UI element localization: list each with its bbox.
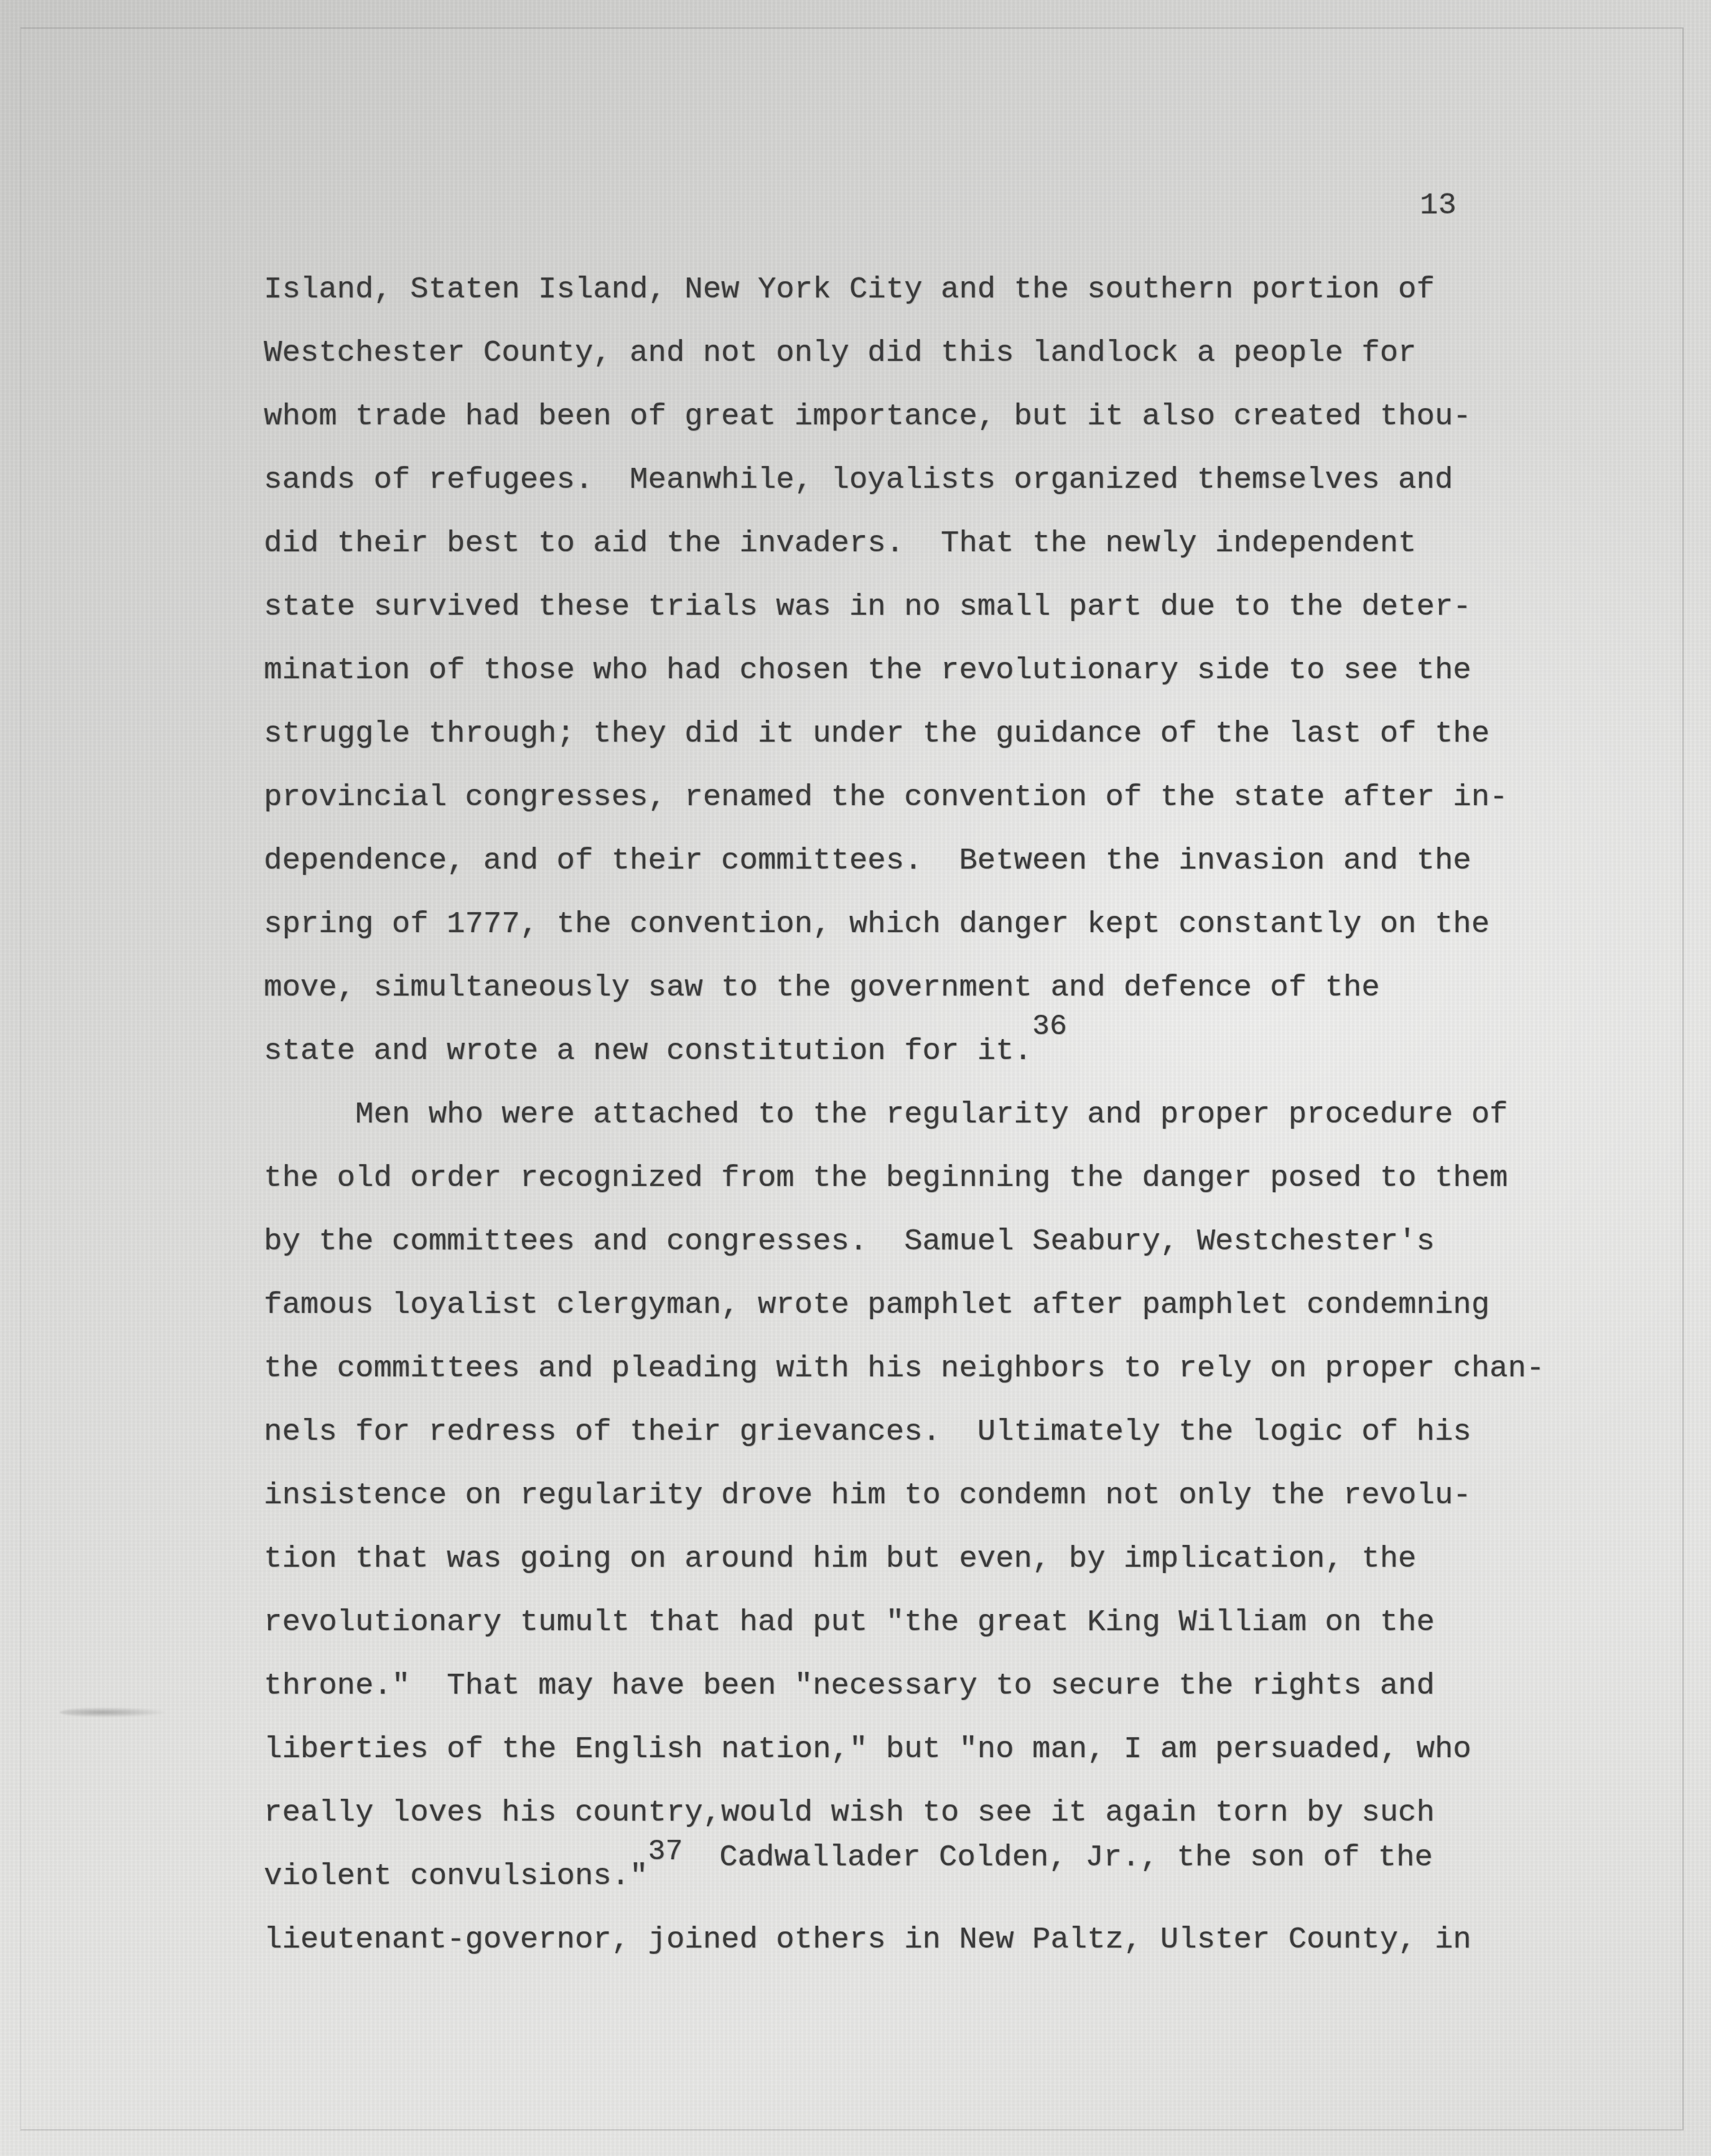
text-segment: struggle through; they did it under the …: [264, 716, 1490, 751]
text-segment: dependence, and of their committees. Bet…: [264, 843, 1471, 878]
text-line: the committees and pleading with his nei…: [264, 1337, 1633, 1400]
text-segment: state survived these trials was in no sm…: [264, 589, 1471, 624]
page-number: 13: [1420, 187, 1457, 224]
text-line: insistence on regularity drove him to co…: [264, 1463, 1633, 1527]
text-segment: state and wrote a new constitution for i…: [264, 1034, 1032, 1068]
text-line: liberties of the English nation," but "n…: [264, 1717, 1633, 1781]
text-segment: provincial congresses, renamed the conve…: [264, 780, 1508, 814]
text-line: dependence, and of their committees. Bet…: [264, 829, 1633, 892]
text-segment: nels for redress of their grievances. Ul…: [264, 1414, 1471, 1449]
pencil-smudge: [60, 1707, 166, 1717]
text-line: sands of refugees. Meanwhile, loyalists …: [264, 448, 1633, 511]
text-segment: mination of those who had chosen the rev…: [264, 653, 1471, 688]
text-segment: Men who were attached to the regularity …: [264, 1097, 1508, 1132]
text-segment: sands of refugees. Meanwhile, loyalists …: [264, 462, 1453, 497]
text-line: state and wrote a new constitution for i…: [264, 1019, 1633, 1083]
text-segment: really loves his country,would wish to s…: [264, 1795, 1435, 1830]
text-line: throne." That may have been "necessary t…: [264, 1654, 1633, 1717]
text-line: really loves his country,would wish to s…: [264, 1781, 1633, 1844]
raised-text-segment: Cadwallader Colden, Jr., the son of the: [683, 1840, 1433, 1875]
text-line: famous loyalist clergyman, wrote pamphle…: [264, 1273, 1633, 1337]
scanned-typescript-page: 13 Island, Staten Island, New York City …: [0, 0, 1711, 2156]
text-line: lieutenant-governor, joined others in Ne…: [264, 1908, 1633, 1971]
text-segment: whom trade had been of great importance,…: [264, 399, 1471, 434]
text-segment: liberties of the English nation," but "n…: [264, 1732, 1471, 1766]
text-line: Men who were attached to the regularity …: [264, 1083, 1633, 1146]
footnote-reference: 37: [648, 1835, 683, 1868]
text-line: Island, Staten Island, New York City and…: [264, 258, 1633, 321]
text-segment: violent convulsions.": [264, 1859, 648, 1893]
footnote-reference: 36: [1032, 1010, 1067, 1043]
text-line: by the committees and congresses. Samuel…: [264, 1210, 1633, 1273]
text-segment: insistence on regularity drove him to co…: [264, 1478, 1471, 1513]
text-line: Westchester County, and not only did thi…: [264, 321, 1633, 385]
text-line: state survived these trials was in no sm…: [264, 575, 1633, 638]
text-segment: lieutenant-governor, joined others in Ne…: [264, 1922, 1471, 1957]
text-segment: revolutionary tumult that had put "the g…: [264, 1605, 1435, 1640]
text-segment: famous loyalist clergyman, wrote pamphle…: [264, 1287, 1490, 1322]
text-line: tion that was going on around him but ev…: [264, 1527, 1633, 1590]
text-line: the old order recognized from the beginn…: [264, 1146, 1633, 1210]
text-segment: the committees and pleading with his nei…: [264, 1351, 1544, 1386]
text-segment: tion that was going on around him but ev…: [264, 1541, 1417, 1576]
text-segment: by the committees and congresses. Samuel…: [264, 1224, 1435, 1259]
text-line: revolutionary tumult that had put "the g…: [264, 1590, 1633, 1654]
text-block: Island, Staten Island, New York City and…: [264, 258, 1633, 1971]
text-line: spring of 1777, the convention, which da…: [264, 892, 1633, 956]
text-line: move, simultaneously saw to the governme…: [264, 956, 1633, 1019]
text-line: struggle through; they did it under the …: [264, 702, 1633, 765]
text-segment: spring of 1777, the convention, which da…: [264, 907, 1490, 941]
text-segment: the old order recognized from the beginn…: [264, 1160, 1508, 1195]
text-segment: Island, Staten Island, New York City and…: [264, 272, 1435, 307]
text-segment: did their best to aid the invaders. That…: [264, 526, 1417, 561]
text-segment: move, simultaneously saw to the governme…: [264, 970, 1380, 1005]
text-segment: throne." That may have been "necessary t…: [264, 1668, 1435, 1703]
text-line: mination of those who had chosen the rev…: [264, 638, 1633, 702]
text-line: provincial congresses, renamed the conve…: [264, 765, 1633, 829]
text-segment: Westchester County, and not only did thi…: [264, 335, 1417, 370]
text-line: whom trade had been of great importance,…: [264, 385, 1633, 448]
text-line: nels for redress of their grievances. Ul…: [264, 1400, 1633, 1463]
text-line: violent convulsions."37 Cadwallader Cold…: [264, 1844, 1633, 1908]
text-line: did their best to aid the invaders. That…: [264, 511, 1633, 575]
